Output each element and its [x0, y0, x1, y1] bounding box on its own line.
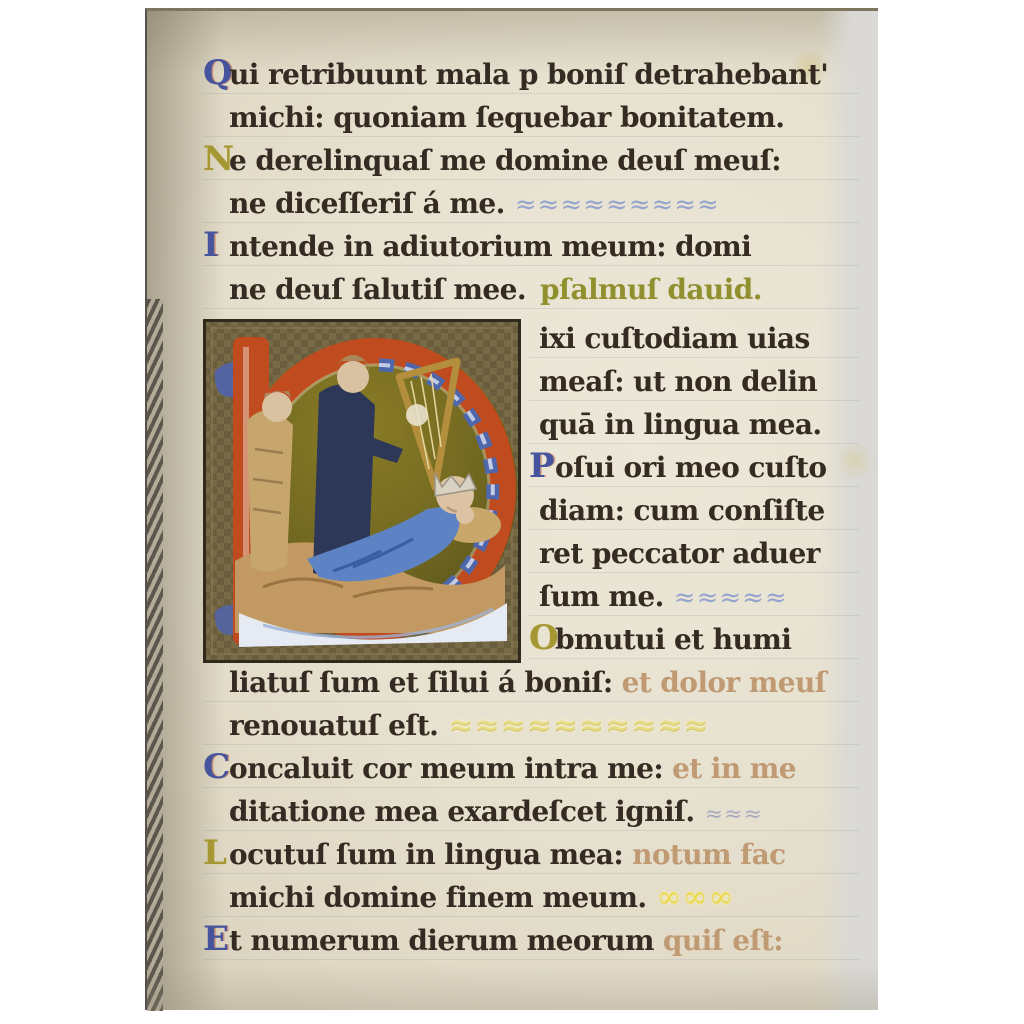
line-text: oncaluit cor meum intra me: — [229, 752, 663, 785]
psalm-heading-rubric: pſalmuſ dauid. — [540, 273, 762, 306]
text-line: quā in lingua mea. — [529, 405, 859, 448]
line-text: bmutui et humi — [555, 623, 791, 656]
text-line: Locutuſ ſum in lingua mea:notum fac — [203, 835, 859, 878]
faded-line-text: notum fac — [632, 838, 786, 871]
penwork-line-filler-icon: ≈≈≈≈≈≈≈≈≈ — [515, 190, 720, 220]
book-edge-stripes — [147, 299, 163, 1011]
text-line: diam: cum conſiſte — [529, 491, 859, 534]
faded-line-text: et dolor meuſ — [622, 666, 827, 699]
text-line: Qui retribuunt mala p boniſ detrahebant' — [203, 55, 859, 98]
line-text: e derelinquaſ me domine deuſ meuſ: — [229, 144, 781, 177]
text-line: Et numerum dierum meorumquiſ eſt: — [203, 921, 859, 964]
line-text: ocutuſ ſum in lingua mea: — [229, 838, 623, 871]
line-text: renouatuſ eſt. — [229, 709, 438, 742]
line-text: ne diceſſeriſ á me. — [229, 187, 505, 220]
initial-D-miniature — [203, 319, 521, 663]
text-line: Obmutui et humi — [529, 620, 859, 663]
line-text: oſui ori meo cuſto — [555, 451, 826, 484]
faded-line-text: quiſ eſt: — [663, 924, 783, 957]
psalm-text-block: Qui retribuunt mala p boniſ detrahebant'… — [203, 55, 859, 964]
line-text: michi domine finem meum. — [229, 881, 647, 914]
versal-initial-E: E — [203, 922, 229, 956]
text-line: michi: quoniam ſequebar bonitatem. — [203, 98, 859, 141]
penwork-line-filler-icon: ≈≈≈≈≈ — [674, 583, 788, 613]
text-column-beside-initial: ixi cuſtodiam uias meaſ: ut non delin qu… — [529, 319, 859, 663]
text-line: ixi cuſtodiam uias — [529, 319, 859, 362]
illuminated-initial-D — [203, 319, 521, 663]
text-line: Concaluit cor meum intra me:et in me — [203, 749, 859, 792]
initial-and-text-row: ixi cuſtodiam uias meaſ: ut non delin qu… — [203, 319, 859, 663]
line-text: ne deuſ ſalutiſ mee. — [229, 273, 526, 306]
versal-initial-Q: Q — [203, 56, 229, 90]
gold-line-filler-icon: ≈≈≈≈≈≈≈≈≈≈ — [448, 708, 709, 743]
line-text: diam: cum conſiſte — [539, 494, 825, 527]
faded-line-text: et in me — [672, 752, 796, 785]
line-text: meaſ: ut non delin — [539, 365, 817, 398]
text-line: ne deuſ ſalutiſ mee.pſalmuſ dauid. — [203, 270, 859, 313]
text-line: ne diceſſeriſ á me.≈≈≈≈≈≈≈≈≈ — [203, 184, 859, 227]
versal-initial-P: P — [529, 449, 555, 483]
text-line: renouatuſ eſt.≈≈≈≈≈≈≈≈≈≈ — [203, 706, 859, 749]
penwork-line-filler-icon: ≈≈≈ — [705, 802, 763, 827]
line-text: liatuſ ſum et ſilui á boniſ: — [229, 666, 613, 699]
versal-initial-L: L — [203, 836, 229, 870]
line-text: t numerum dierum meorum — [229, 924, 654, 957]
versal-initial-O: O — [529, 621, 555, 655]
line-text: ditatione mea exardeſcet igniſ. — [229, 795, 695, 828]
line-text: michi: quoniam ſequebar bonitatem. — [229, 101, 784, 134]
versal-initial-I: I — [203, 228, 229, 262]
text-line: ditatione mea exardeſcet igniſ.≈≈≈ — [203, 792, 859, 835]
versal-initial-N: N — [203, 142, 229, 176]
page-bottom-shadow — [147, 964, 878, 1010]
line-text: quā in lingua mea. — [539, 408, 822, 441]
line-text: ui retribuunt mala p boniſ detrahebant' — [229, 58, 828, 91]
text-line: Ne derelinquaſ me domine deuſ meuſ: — [203, 141, 859, 184]
line-text: ret peccator aduer — [539, 537, 820, 570]
text-line: michi domine finem meum.∞∞∞ — [203, 878, 859, 921]
gold-chain-filler-icon: ∞∞∞ — [657, 880, 735, 915]
line-text: ntende in adiutorium meum: domi — [229, 230, 751, 263]
text-line: Poſui ori meo cuſto — [529, 448, 859, 491]
line-text: ſum me. — [539, 580, 664, 613]
screenshot: Qui retribuunt mala p boniſ detrahebant'… — [0, 0, 1024, 1024]
text-line: liatuſ ſum et ſilui á boniſ:et dolor meu… — [203, 663, 859, 706]
manuscript-page-photo: Qui retribuunt mala p boniſ detrahebant'… — [145, 8, 878, 1010]
line-text: ixi cuſtodiam uias — [539, 322, 810, 355]
text-line: Intende in adiutorium meum: domi — [203, 227, 859, 270]
versal-initial-C: C — [203, 750, 229, 784]
text-line: ſum me.≈≈≈≈≈ — [529, 577, 859, 620]
text-line: meaſ: ut non delin — [529, 362, 859, 405]
text-line: ret peccator aduer — [529, 534, 859, 577]
attendant-figure — [247, 391, 293, 572]
